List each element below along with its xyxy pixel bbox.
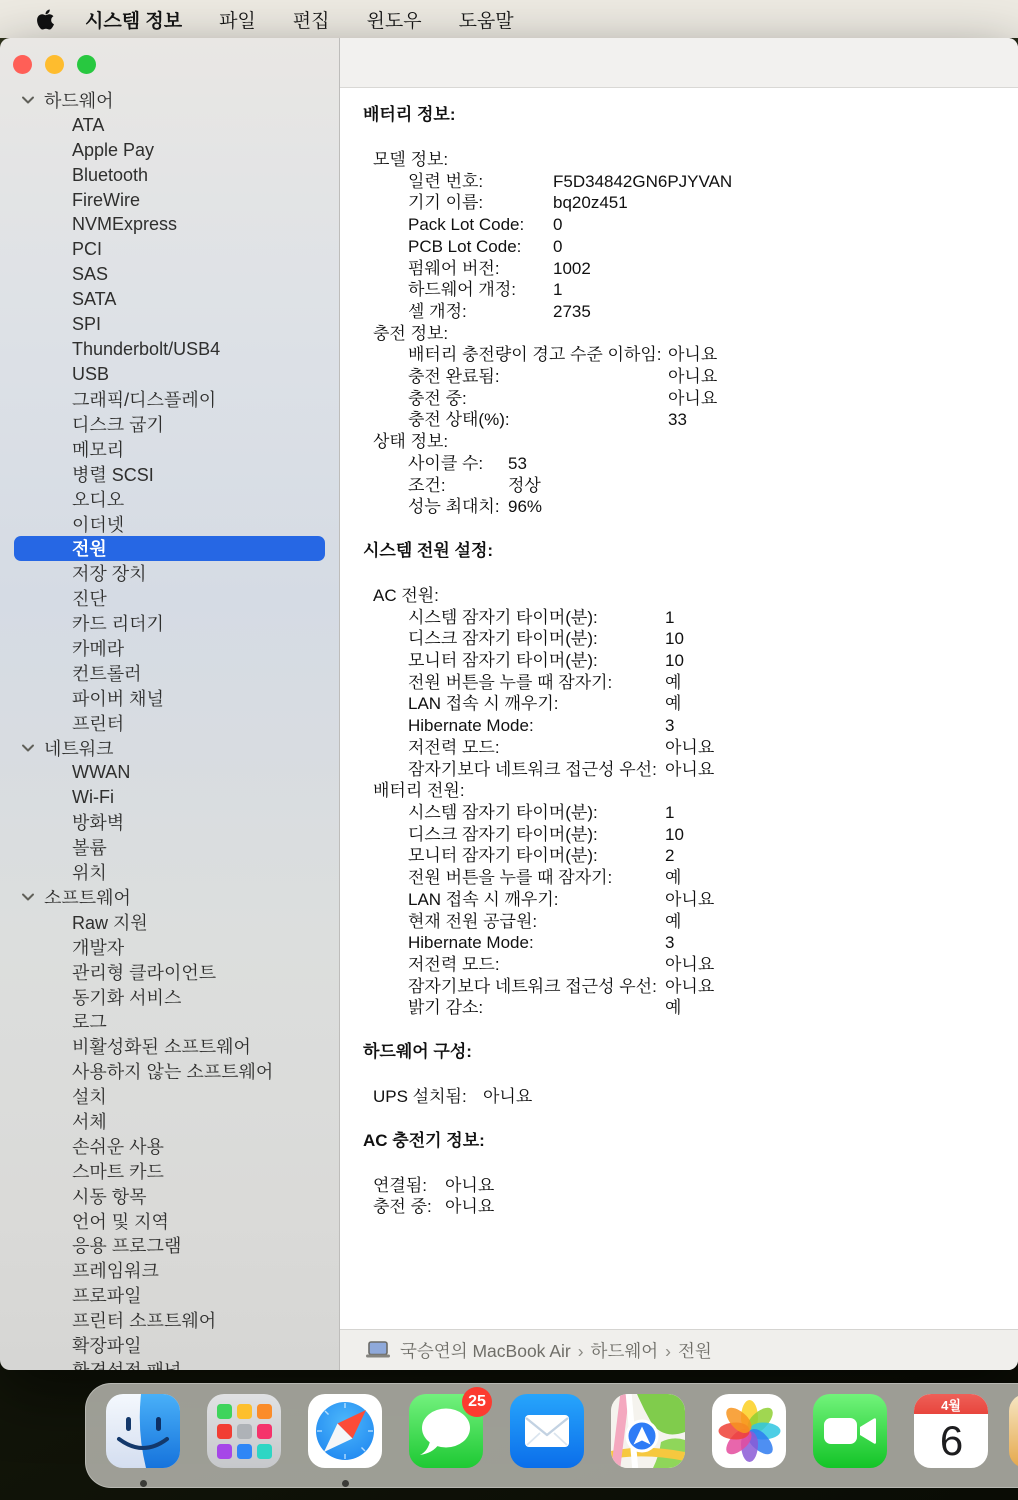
sidebar-item-저장-장치[interactable]: 저장 장치 — [0, 561, 339, 586]
sidebar-item-label: 로그 — [72, 1008, 107, 1034]
sidebar-item-label: 손쉬운 사용 — [72, 1133, 164, 1159]
breadcrumb-separator: › — [578, 1341, 584, 1361]
sidebar-item-PCI[interactable]: PCI — [0, 237, 339, 262]
row-label: Pack Lot Code: — [408, 214, 553, 236]
sidebar-item-프레임워크[interactable]: 프레임워크 — [0, 1258, 339, 1283]
sidebar-item-label: 하드웨어 — [44, 88, 114, 113]
breadcrumb-segment-하드웨어: 하드웨어 — [591, 1341, 659, 1361]
sidebar-item-label: 이더넷 — [72, 511, 124, 537]
sidebar-item-label: 볼륨 — [72, 834, 107, 860]
dock-item-photos[interactable] — [712, 1394, 786, 1468]
sidebar-item-label: USB — [72, 364, 109, 385]
sidebar-item-동기화-서비스[interactable]: 동기화 서비스 — [0, 984, 339, 1009]
info-row: 충전 중:아니요 — [363, 388, 1002, 410]
group-title: AC 전원: — [363, 585, 1002, 607]
sidebar-item-관리형-클라이언트[interactable]: 관리형 클라이언트 — [0, 959, 339, 984]
sidebar-item-label: 개발자 — [72, 934, 124, 960]
info-row: 연결됨:아니요 — [363, 1175, 1002, 1197]
sidebar-item-오디오[interactable]: 오디오 — [0, 486, 339, 511]
sidebar-item-label: Bluetooth — [72, 165, 148, 186]
sidebar-item-label: 프린터 — [72, 710, 124, 736]
sidebar-item-프로파일[interactable]: 프로파일 — [0, 1283, 339, 1308]
chevron-down-icon — [20, 889, 36, 905]
menu-app-name[interactable]: 시스템 정보 — [85, 6, 182, 33]
row-label: 현재 전원 공급원: — [408, 911, 665, 933]
row-label: 저전력 모드: — [408, 954, 665, 976]
mail-icon — [510, 1394, 584, 1468]
breadcrumb: 국승연의 MacBook Air›하드웨어›전원 — [400, 1338, 712, 1363]
zoom-button[interactable] — [77, 55, 96, 74]
calendar-day-label: 6 — [914, 1414, 988, 1468]
sidebar-item-언어-및-지역[interactable]: 언어 및 지역 — [0, 1208, 339, 1233]
info-row: 저전력 모드:아니요 — [363, 737, 1002, 759]
menu-item-file[interactable]: 파일 — [219, 6, 256, 33]
sidebar: 하드웨어ATAApple PayBluetoothFireWireNVMExpr… — [0, 38, 340, 1370]
group-title: 상태 정보: — [363, 431, 1002, 453]
info-row: 성능 최대치:96% — [363, 496, 1002, 518]
row-value: 1 — [665, 802, 674, 824]
sidebar-item-비활성화된-소프트웨어[interactable]: 비활성화된 소프트웨어 — [0, 1034, 339, 1059]
apple-logo-icon — [36, 8, 55, 31]
sidebar-item-label: Apple Pay — [72, 140, 154, 161]
row-label: 연결됨: — [373, 1175, 445, 1197]
row-value: 2735 — [553, 301, 591, 323]
info-row: 사이클 수:53 — [363, 453, 1002, 475]
row-value: 정상 — [508, 475, 541, 497]
row-label: 충전 중: — [408, 388, 668, 410]
info-row: 충전 상태(%):33 — [363, 409, 1002, 431]
sidebar-item-label: FireWire — [72, 190, 140, 211]
row-label: 저전력 모드: — [408, 737, 665, 759]
sidebar-item-label: 오디오 — [72, 486, 124, 512]
sidebar-item-label: Raw 지원 — [72, 909, 148, 935]
sidebar-section-네트워크[interactable]: 네트워크 — [0, 735, 339, 760]
sidebar-item-label: 위치 — [72, 859, 107, 885]
sidebar-item-SAS[interactable]: SAS — [0, 262, 339, 287]
sidebar-item-위치[interactable]: 위치 — [0, 860, 339, 885]
sidebar-item-파이버-채널[interactable]: 파이버 채널 — [0, 685, 339, 710]
info-row: 조건:정상 — [363, 475, 1002, 497]
row-value: F5D34842GN6PJYVAN — [553, 171, 732, 193]
row-label: 충전 완료됨: — [408, 366, 668, 388]
row-value: 1002 — [553, 258, 591, 280]
sidebar-list: 하드웨어ATAApple PayBluetoothFireWireNVMExpr… — [0, 88, 339, 1370]
desktop: 시스템 정보 파일 편집 윈도우 도움말 하드웨어ATAApple PayBlu… — [0, 0, 1018, 1500]
row-value: 3 — [665, 932, 674, 954]
sidebar-item-디스크-굽기[interactable]: 디스크 굽기 — [0, 412, 339, 437]
info-row: LAN 접속 시 깨우기:아니요 — [363, 889, 1002, 911]
dock-item-clipped-app[interactable] — [1009, 1394, 1018, 1468]
sidebar-item-label: 프레임워크 — [72, 1257, 159, 1283]
row-value: 10 — [665, 628, 684, 650]
section-heading: 배터리 정보: — [363, 104, 1002, 126]
row-label: 시스템 잠자기 타이머(분): — [408, 607, 665, 629]
dock-item-launchpad[interactable] — [207, 1394, 281, 1468]
row-value: 아니요 — [668, 344, 717, 366]
info-row: Hibernate Mode:3 — [363, 715, 1002, 737]
row-value: 아니요 — [665, 759, 714, 781]
row-value: 예 — [665, 672, 681, 694]
finder-icon — [106, 1394, 180, 1468]
window-controls — [13, 55, 96, 74]
breadcrumb-segment-전원: 전원 — [678, 1341, 712, 1361]
info-row: 전원 버튼을 누를 때 잠자기:예 — [363, 672, 1002, 694]
info-row: 하드웨어 개정:1 — [363, 279, 1002, 301]
calendar-month-label: 4월 — [914, 1394, 988, 1414]
sidebar-item-진단[interactable]: 진단 — [0, 586, 339, 611]
running-indicator-dot — [342, 1480, 349, 1487]
info-row: 모니터 잠자기 타이머(분):10 — [363, 650, 1002, 672]
chevron-down-icon — [20, 92, 36, 108]
row-value: 예 — [665, 693, 681, 715]
info-row: 저전력 모드:아니요 — [363, 954, 1002, 976]
row-label: LAN 접속 시 깨우기: — [408, 693, 665, 715]
sidebar-item-label: 전원 — [72, 535, 107, 561]
sidebar-item-label: 프로파일 — [72, 1282, 142, 1308]
info-row: 시스템 잠자기 타이머(분):1 — [363, 607, 1002, 629]
row-label: 디스크 잠자기 타이머(분): — [408, 824, 665, 846]
sidebar-item-카메라[interactable]: 카메라 — [0, 636, 339, 661]
sidebar-item-Wi-Fi[interactable]: Wi-Fi — [0, 785, 339, 810]
sidebar-item-개발자[interactable]: 개발자 — [0, 934, 339, 959]
maps-icon — [611, 1394, 685, 1468]
row-value: 아니요 — [445, 1196, 494, 1218]
menu-item-help[interactable]: 도움말 — [459, 6, 514, 33]
row-label: 밝기 감소: — [408, 997, 665, 1019]
sidebar-item-SATA[interactable]: SATA — [0, 287, 339, 312]
sidebar-item-label: 진단 — [72, 585, 107, 611]
facetime-icon — [813, 1394, 887, 1468]
info-row: 충전 완료됨:아니요 — [363, 366, 1002, 388]
dock-item-safari[interactable] — [308, 1394, 382, 1468]
sidebar-item-SPI[interactable]: SPI — [0, 312, 339, 337]
row-label: 전원 버튼을 누를 때 잠자기: — [408, 672, 665, 694]
sidebar-section-소프트웨어[interactable]: 소프트웨어 — [0, 885, 339, 910]
sidebar-item-Raw-지원[interactable]: Raw 지원 — [0, 909, 339, 934]
close-button[interactable] — [13, 55, 32, 74]
row-value: 아니요 — [668, 366, 717, 388]
sidebar-item-Thunderbolt-USB4[interactable]: Thunderbolt/USB4 — [0, 337, 339, 362]
sidebar-item-label: 디스크 굽기 — [72, 411, 164, 437]
row-label: PCB Lot Code: — [408, 236, 553, 258]
row-label: 셀 개정: — [408, 301, 553, 323]
row-label: 충전 중: — [373, 1196, 445, 1218]
row-value: 10 — [665, 824, 684, 846]
sidebar-item-볼륨[interactable]: 볼륨 — [0, 835, 339, 860]
row-value: 아니요 — [665, 976, 714, 998]
sidebar-item-label: PCI — [72, 239, 102, 260]
content-sections: 배터리 정보:모델 정보:일련 번호:F5D34842GN6PJYVAN기기 이… — [340, 88, 1018, 1329]
row-value: 1 — [665, 607, 674, 629]
sidebar-item-label: 서체 — [72, 1108, 107, 1134]
row-value: 아니요 — [665, 954, 714, 976]
row-value: 2 — [665, 845, 674, 867]
sidebar-item-NVMExpress[interactable]: NVMExpress — [0, 212, 339, 237]
sidebar-item-WWAN[interactable]: WWAN — [0, 760, 339, 785]
row-value: 아니요 — [665, 737, 714, 759]
info-row: 디스크 잠자기 타이머(분):10 — [363, 824, 1002, 846]
info-row: Pack Lot Code:0 — [363, 214, 1002, 236]
sidebar-item-label: SAS — [72, 264, 108, 285]
info-row: 펌웨어 버전:1002 — [363, 258, 1002, 280]
sidebar-item-FireWire[interactable]: FireWire — [0, 188, 339, 213]
info-row: Hibernate Mode:3 — [363, 932, 1002, 954]
sidebar-item-USB[interactable]: USB — [0, 362, 339, 387]
row-value: 예 — [665, 867, 681, 889]
row-value: 예 — [665, 997, 681, 1019]
chevron-down-icon — [20, 740, 36, 756]
sidebar-section-하드웨어[interactable]: 하드웨어 — [0, 88, 339, 113]
info-section: 배터리 정보:모델 정보:일련 번호:F5D34842GN6PJYVAN기기 이… — [363, 104, 1002, 518]
row-label: Hibernate Mode: — [408, 715, 665, 737]
info-section: 하드웨어 구성:UPS 설치됨:아니요 — [363, 1041, 1002, 1108]
row-label: 전원 버튼을 누를 때 잠자기: — [408, 867, 665, 889]
dock: 25 4월 6 — [85, 1383, 1018, 1488]
group-title: 충전 정보: — [363, 323, 1002, 345]
sidebar-item-메모리[interactable]: 메모리 — [0, 436, 339, 461]
sidebar-item-label: 관리형 클라이언트 — [72, 959, 216, 985]
dock-items: 25 4월 6 — [86, 1384, 1018, 1468]
window-toolbar — [340, 38, 1018, 88]
info-row: 셀 개정:2735 — [363, 301, 1002, 323]
dock-item-finder[interactable] — [106, 1394, 180, 1468]
dock-item-messages[interactable]: 25 — [409, 1394, 483, 1468]
section-heading: AC 충전기 정보: — [363, 1130, 1002, 1152]
sidebar-item-전원[interactable]: 전원 — [14, 536, 325, 561]
info-row: 디스크 잠자기 타이머(분):10 — [363, 628, 1002, 650]
info-row: 잠자기보다 네트워크 접근성 우선:아니요 — [363, 976, 1002, 998]
sidebar-item-프린터[interactable]: 프린터 — [0, 710, 339, 735]
sidebar-item-label: 설치 — [72, 1083, 107, 1109]
sidebar-item-확장파일[interactable]: 확장파일 — [0, 1333, 339, 1358]
dock-item-mail[interactable] — [510, 1394, 584, 1468]
sidebar-item-서체[interactable]: 서체 — [0, 1109, 339, 1134]
breadcrumb-separator: › — [665, 1341, 671, 1361]
row-label: 펌웨어 버전: — [408, 258, 553, 280]
info-row: 전원 버튼을 누를 때 잠자기:예 — [363, 867, 1002, 889]
info-row: 기기 이름:bq20z451 — [363, 192, 1002, 214]
apple-menu[interactable] — [36, 7, 56, 31]
sidebar-item-label: 응용 프로그램 — [72, 1232, 181, 1258]
sidebar-item-label: 저장 장치 — [72, 560, 147, 586]
info-row: 배터리 충전량이 경고 수준 이하임:아니요 — [363, 344, 1002, 366]
row-label: 잠자기보다 네트워크 접근성 우선: — [408, 976, 665, 998]
sidebar-item-손쉬운-사용[interactable]: 손쉬운 사용 — [0, 1133, 339, 1158]
launchpad-icon — [207, 1394, 281, 1468]
sidebar-item-방화벽[interactable]: 방화벽 — [0, 810, 339, 835]
sidebar-item-label: 방화벽 — [72, 809, 124, 835]
sidebar-item-label: 네트워크 — [44, 735, 114, 761]
calendar-icon: 4월 6 — [914, 1394, 988, 1468]
notification-badge: 25 — [462, 1387, 492, 1417]
row-label: Hibernate Mode: — [408, 932, 665, 954]
sidebar-item-label: 언어 및 지역 — [72, 1208, 169, 1234]
sidebar-item-label: 비활성화된 소프트웨어 — [72, 1033, 251, 1059]
row-label: 하드웨어 개정: — [408, 279, 553, 301]
row-value: 예 — [665, 911, 681, 933]
row-label: 충전 상태(%): — [408, 409, 668, 431]
dock-item-calendar[interactable]: 4월 6 — [914, 1394, 988, 1468]
sidebar-item-label: Wi-Fi — [72, 787, 114, 808]
row-label: 사이클 수: — [408, 453, 508, 475]
safari-icon — [308, 1394, 382, 1468]
sidebar-item-Apple-Pay[interactable]: Apple Pay — [0, 138, 339, 163]
row-value: 1 — [553, 279, 562, 301]
info-row: 시스템 잠자기 타이머(분):1 — [363, 802, 1002, 824]
sidebar-item-label: 사용하지 않는 소프트웨어 — [72, 1058, 273, 1084]
info-row: 현재 전원 공급원:예 — [363, 911, 1002, 933]
row-value: 96% — [508, 496, 542, 518]
row-label: 일련 번호: — [408, 171, 553, 193]
sidebar-item-label: 카드 리더기 — [72, 610, 164, 636]
sidebar-item-ATA[interactable]: ATA — [0, 113, 339, 138]
info-row: 일련 번호:F5D34842GN6PJYVAN — [363, 171, 1002, 193]
menu-item-window[interactable]: 윈도우 — [367, 6, 422, 33]
sidebar-item-label: NVMExpress — [72, 214, 177, 235]
row-value: 10 — [665, 650, 684, 672]
menu-item-edit[interactable]: 편집 — [293, 6, 330, 33]
row-value: 아니요 — [668, 388, 717, 410]
row-value: 0 — [553, 236, 562, 258]
row-value: 53 — [508, 453, 527, 475]
sidebar-item-label: 카메라 — [72, 635, 124, 661]
row-label: 조건: — [408, 475, 508, 497]
sidebar-item-컨트롤러[interactable]: 컨트롤러 — [0, 660, 339, 685]
sidebar-item-label: ATA — [72, 115, 104, 136]
info-row: 잠자기보다 네트워크 접근성 우선:아니요 — [363, 759, 1002, 781]
sidebar-item-label: WWAN — [72, 762, 130, 783]
sidebar-item-시동-항목[interactable]: 시동 항목 — [0, 1183, 339, 1208]
sidebar-item-label: 병렬 SCSI — [72, 461, 154, 487]
row-value: bq20z451 — [553, 192, 628, 214]
sidebar-item-label: 동기화 서비스 — [72, 984, 181, 1010]
row-label: 모니터 잠자기 타이머(분): — [408, 845, 665, 867]
sidebar-item-label: 확장파일 — [72, 1332, 142, 1358]
group-title: 배터리 전원: — [363, 780, 1002, 802]
sidebar-item-이더넷[interactable]: 이더넷 — [0, 511, 339, 536]
sidebar-item-label: 소프트웨어 — [44, 884, 131, 910]
dock-item-maps[interactable] — [611, 1394, 685, 1468]
row-label: 디스크 잠자기 타이머(분): — [408, 628, 665, 650]
info-row: 충전 중:아니요 — [363, 1196, 1002, 1218]
sidebar-item-Bluetooth[interactable]: Bluetooth — [0, 163, 339, 188]
running-indicator-dot — [140, 1480, 147, 1487]
minimize-button[interactable] — [45, 55, 64, 74]
row-label: 배터리 충전량이 경고 수준 이하임: — [408, 344, 668, 366]
sidebar-item-응용-프로그램[interactable]: 응용 프로그램 — [0, 1233, 339, 1258]
row-label: 기기 이름: — [408, 192, 553, 214]
info-row: 모니터 잠자기 타이머(분):2 — [363, 845, 1002, 867]
sidebar-item-label: 환경설정 패널 — [72, 1357, 181, 1370]
row-label: 잠자기보다 네트워크 접근성 우선: — [408, 759, 665, 781]
row-value: 3 — [665, 715, 674, 737]
info-section: AC 충전기 정보:연결됨:아니요충전 중:아니요 — [363, 1130, 1002, 1218]
sidebar-item-label: 프린터 소프트웨어 — [72, 1307, 216, 1333]
dock-item-facetime[interactable] — [813, 1394, 887, 1468]
sidebar-item-설치[interactable]: 설치 — [0, 1084, 339, 1109]
detail-pane: 배터리 정보:모델 정보:일련 번호:F5D34842GN6PJYVAN기기 이… — [340, 38, 1018, 1370]
sidebar-item-그래픽-디스플레이[interactable]: 그래픽/디스플레이 — [0, 387, 339, 412]
laptop-icon — [365, 1341, 391, 1359]
row-value: 아니요 — [445, 1175, 494, 1197]
menu-bar: 시스템 정보 파일 편집 윈도우 도움말 — [0, 0, 1018, 38]
clipped-app-icon — [1009, 1394, 1018, 1468]
row-value: 33 — [668, 409, 687, 431]
sidebar-item-label: 그래픽/디스플레이 — [72, 386, 216, 412]
section-heading: 시스템 전원 설정: — [363, 540, 1002, 562]
sidebar-item-label: 컨트롤러 — [72, 660, 142, 686]
row-value: 아니요 — [483, 1086, 532, 1108]
sidebar-item-label: 메모리 — [72, 436, 124, 462]
sidebar-item-label: 시동 항목 — [72, 1183, 147, 1209]
row-label: 시스템 잠자기 타이머(분): — [408, 802, 665, 824]
info-row: LAN 접속 시 깨우기:예 — [363, 693, 1002, 715]
system-information-window: 하드웨어ATAApple PayBluetoothFireWireNVMExpr… — [0, 38, 1018, 1370]
sidebar-item-label: SPI — [72, 314, 101, 335]
sidebar-item-label: Thunderbolt/USB4 — [72, 339, 220, 360]
row-label: LAN 접속 시 깨우기: — [408, 889, 665, 911]
sidebar-item-환경설정-패널[interactable]: 환경설정 패널 — [0, 1357, 339, 1370]
photos-icon — [712, 1394, 786, 1468]
info-row: 밝기 감소:예 — [363, 997, 1002, 1019]
sidebar-item-label: 파이버 채널 — [72, 685, 164, 711]
bottom-path-bar: 국승연의 MacBook Air›하드웨어›전원 — [340, 1329, 1018, 1370]
sidebar-item-사용하지-않는-소프트웨어[interactable]: 사용하지 않는 소프트웨어 — [0, 1059, 339, 1084]
sidebar-item-병렬-SCSI[interactable]: 병렬 SCSI — [0, 461, 339, 486]
row-value: 아니요 — [665, 889, 714, 911]
row-value: 0 — [553, 214, 562, 236]
sidebar-item-스마트-카드[interactable]: 스마트 카드 — [0, 1158, 339, 1183]
info-row: UPS 설치됨:아니요 — [363, 1086, 1002, 1108]
row-label: 모니터 잠자기 타이머(분): — [408, 650, 665, 672]
section-heading: 하드웨어 구성: — [363, 1041, 1002, 1063]
row-label: UPS 설치됨: — [373, 1086, 483, 1108]
info-section: 시스템 전원 설정:AC 전원:시스템 잠자기 타이머(분):1디스크 잠자기 … — [363, 540, 1002, 1019]
sidebar-item-카드-리더기[interactable]: 카드 리더기 — [0, 611, 339, 636]
sidebar-item-프린터-소프트웨어[interactable]: 프린터 소프트웨어 — [0, 1308, 339, 1333]
sidebar-item-label: SATA — [72, 289, 116, 310]
sidebar-item-로그[interactable]: 로그 — [0, 1009, 339, 1034]
sidebar-item-label: 스마트 카드 — [72, 1158, 164, 1184]
breadcrumb-device: 국승연의 MacBook Air — [400, 1341, 571, 1361]
info-row: PCB Lot Code:0 — [363, 236, 1002, 258]
row-label: 성능 최대치: — [408, 496, 508, 518]
group-title: 모델 정보: — [363, 149, 1002, 171]
